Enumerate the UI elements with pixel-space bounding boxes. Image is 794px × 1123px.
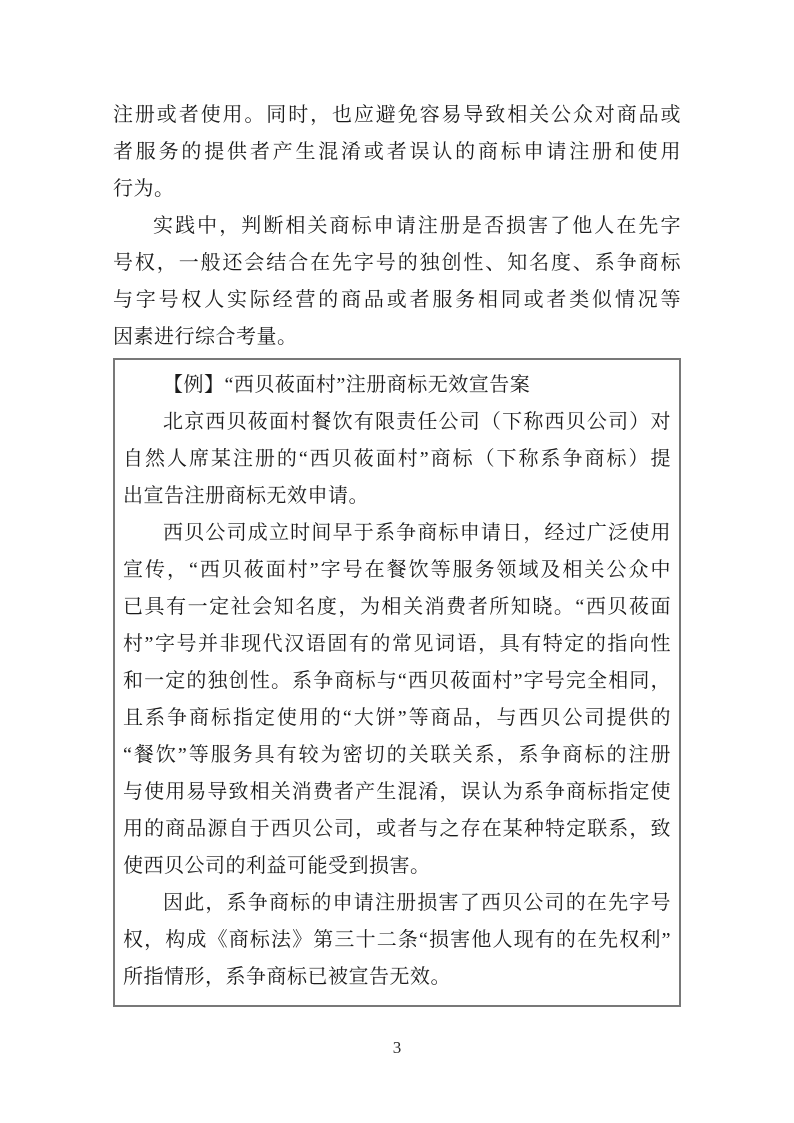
text-line: 和一定的独创性。系争商标与“西贝莜面村”字号完全相同， [123, 663, 671, 700]
text-line: 用的商品源自于西贝公司，或者与之存在某种特定联系，致 [123, 811, 671, 848]
text-line: 权，构成《商标法》第三十二条“损害他人现有的在先权利” [123, 922, 671, 959]
main-text-block: 注册或者使用。同时，也应避免容易导致相关公众对商品或者服务的提供者产生混淆或者误… [113, 97, 681, 356]
text-line: 使西贝公司的利益可能受到损害。 [123, 848, 671, 885]
text-line: 因此，系争商标的申请注册损害了西贝公司的在先字号 [123, 885, 671, 922]
text-line: 所指情形，系争商标已被宣告无效。 [123, 959, 671, 996]
text-line: 北京西贝莜面村餐饮有限责任公司（下称西贝公司）对 [123, 404, 671, 441]
text-line: 村”字号并非现代汉语固有的常见词语，具有特定的指向性 [123, 626, 671, 663]
text-line: 实践中，判断相关商标申请注册是否损害了他人在先字 [113, 208, 681, 245]
text-line: 西贝公司成立时间早于系争商标申请日，经过广泛使用 [123, 515, 671, 552]
text-line: 且系争商标指定使用的“大饼”等商品，与西贝公司提供的 [123, 700, 671, 737]
text-line: 号权，一般还会结合在先字号的独创性、知名度、系争商标 [113, 245, 681, 282]
text-line: 与使用易导致相关消费者产生混淆，误认为系争商标指定使 [123, 774, 671, 811]
text-line: 【例】“西贝莜面村”注册商标无效宣告案 [123, 367, 671, 404]
text-line: 注册或者使用。同时，也应避免容易导致相关公众对商品或 [113, 97, 681, 134]
text-line: 与字号权人实际经营的商品或者服务相同或者类似情况等 [113, 282, 681, 319]
text-line: 因素进行综合考量。 [113, 319, 681, 356]
text-line: 自然人席某注册的“西贝莜面村”商标（下称系争商标）提 [123, 441, 671, 478]
text-line: 行为。 [113, 171, 681, 208]
example-case-box: 【例】“西贝莜面村”注册商标无效宣告案北京西贝莜面村餐饮有限责任公司（下称西贝公… [113, 358, 681, 1007]
text-line: 已具有一定社会知名度，为相关消费者所知晓。“西贝莜面 [123, 589, 671, 626]
page-number: 3 [0, 1036, 794, 1060]
text-line: 宣传，“西贝莜面村”字号在餐饮等服务领域及相关公众中 [123, 552, 671, 589]
text-line: “餐饮”等服务具有较为密切的关联关系，系争商标的注册 [123, 737, 671, 774]
page-content: 注册或者使用。同时，也应避免容易导致相关公众对商品或者服务的提供者产生混淆或者误… [113, 97, 681, 1007]
text-line: 出宣告注册商标无效申请。 [123, 478, 671, 515]
document-page: 注册或者使用。同时，也应避免容易导致相关公众对商品或者服务的提供者产生混淆或者误… [0, 0, 794, 1123]
text-line: 者服务的提供者产生混淆或者误认的商标申请注册和使用 [113, 134, 681, 171]
